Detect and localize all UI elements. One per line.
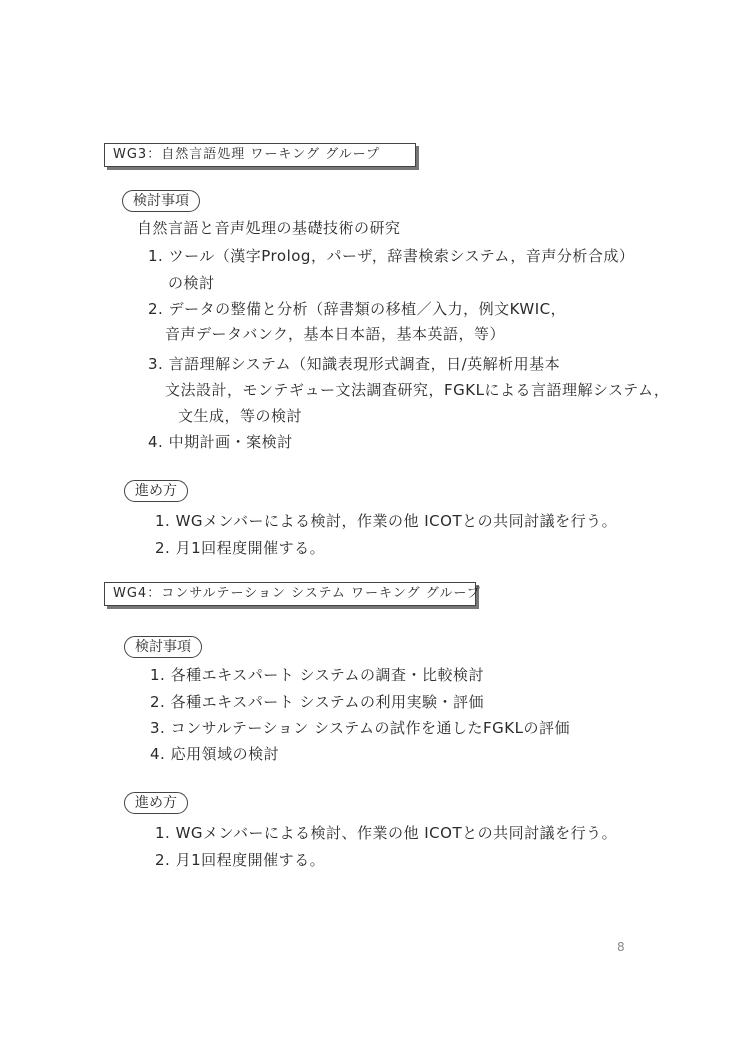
document-page: WG3：自然言語処理 ワーキング グループ 検討事項 自然言語と音声処理の基礎技… [0, 0, 750, 1054]
wg4-item-2: 2. 各種エキスパート システムの利用実験・評価 [150, 692, 484, 712]
wg3-study-label: 検討事項 [122, 190, 200, 212]
wg4-method-1: 1. WGメンバーによる検討、作業の他 ICOTとの共同討議を行う。 [155, 823, 617, 843]
wg4-item-4: 4. 応用領域の検討 [150, 744, 279, 764]
wg4-study-label: 検討事項 [124, 636, 202, 658]
wg3-method-1: 1. WGメンバーによる検討，作業の他 ICOTとの共同討議を行う。 [155, 511, 617, 531]
wg4-title-box: WG4：コンサルテーション システム ワーキング グループ [104, 582, 476, 606]
wg4-method-2: 2. 月1回程度開催する。 [155, 850, 325, 870]
wg4-item-3: 3. コンサルテーション システムの試作を通したFGKLの評価 [150, 718, 570, 738]
wg3-title-box: WG3：自然言語処理 ワーキング グループ [104, 143, 416, 167]
wg3-item-3-cont2: 文生成，等の検討 [178, 406, 302, 426]
wg3-intro: 自然言語と音声処理の基礎技術の研究 [137, 218, 401, 238]
wg3-item-1-cont: の検討 [168, 273, 215, 293]
wg3-item-3: 3. 言語理解システム（知識表現形式調査，日/英解析用基本 [148, 354, 560, 374]
wg3-item-3-cont1: 文法設計，モンテギュー文法調査研究，FGKLによる言語理解システム， [165, 380, 669, 400]
wg3-item-2-cont: 音声データバンク，基本日本語，基本英語，等） [165, 324, 505, 344]
wg3-method-label: 進め方 [124, 480, 188, 502]
wg3-item-2: 2. データの整備と分析（辞書類の移植／入力，例文KWIC， [148, 299, 566, 319]
wg3-method-2: 2. 月1回程度開催する。 [155, 538, 325, 558]
wg3-item-4: 4. 中期計画・案検討 [148, 432, 293, 452]
wg4-method-label: 進め方 [124, 792, 188, 814]
wg4-item-1: 1. 各種エキスパート システムの調査・比較検討 [150, 665, 484, 685]
wg3-item-1: 1. ツール（漢字Prolog，パーザ，辞書検索システム，音声分析合成） [148, 246, 634, 266]
page-number: 8 [617, 940, 625, 954]
